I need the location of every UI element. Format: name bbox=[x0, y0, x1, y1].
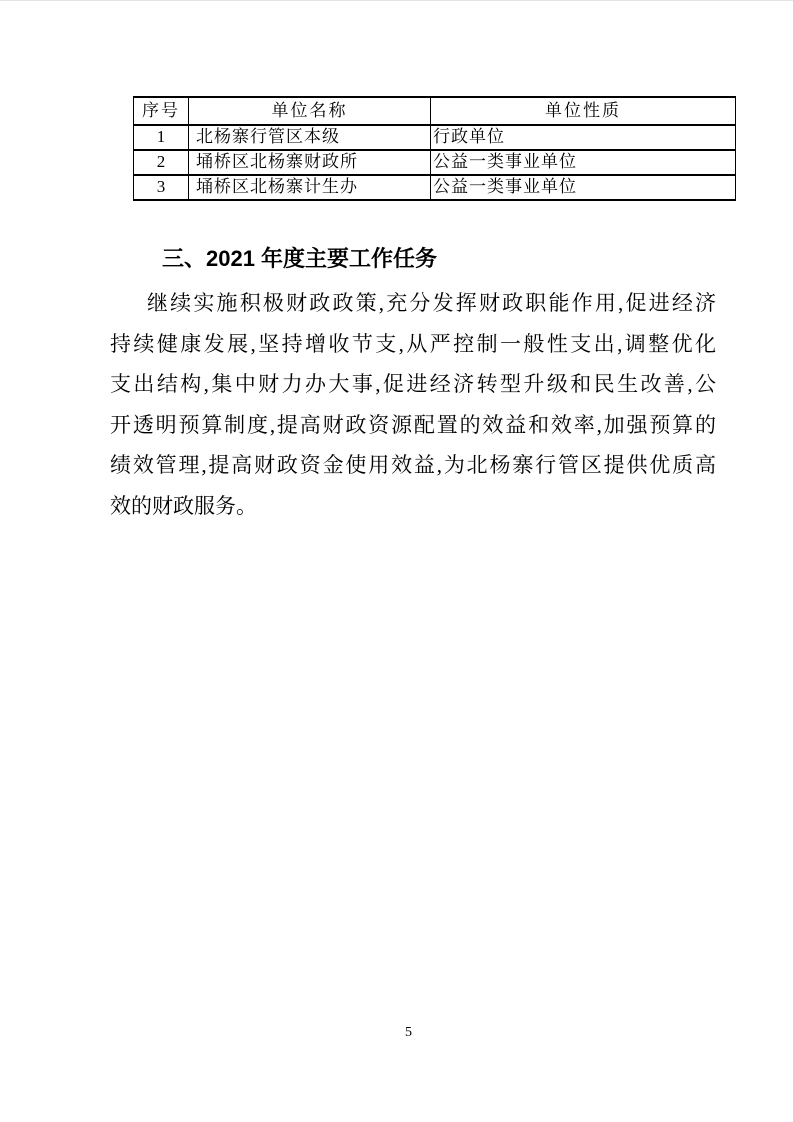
cell-row1-name: 北杨寨行管区本级 bbox=[189, 125, 431, 150]
cell-row2-name: 埇桥区北杨寨财政所 bbox=[189, 150, 431, 175]
table-row: 2 埇桥区北杨寨财政所 公益一类事业单位 bbox=[134, 150, 736, 175]
cell-row3-name: 埇桥区北杨寨计生办 bbox=[189, 175, 431, 200]
paragraph-line: 支出结构,集中财力办大事,促进经济转型升级和民生改善,公 bbox=[110, 364, 716, 405]
cell-row2-no: 2 bbox=[134, 150, 189, 175]
units-table-header: 序号 单位名称 单位性质 bbox=[134, 97, 736, 125]
paragraph-line: 效的财政服务。 bbox=[110, 486, 716, 527]
units-table: 序号 单位名称 单位性质 1 北杨寨行管区本级 行政单位 2 埇桥区北杨寨财政所… bbox=[133, 96, 736, 201]
table-row: 1 北杨寨行管区本级 行政单位 bbox=[134, 125, 736, 150]
paragraph-line: 开透明预算制度,提高财政资源配置的效益和效率,加强预算的 bbox=[110, 405, 716, 446]
table-row: 3 埇桥区北杨寨计生办 公益一类事业单位 bbox=[134, 175, 736, 200]
paragraph-line: 继续实施积极财政政策,充分发挥财政职能作用,促进经济 bbox=[110, 283, 716, 324]
document-page: 序号 单位名称 单位性质 1 北杨寨行管区本级 行政单位 2 埇桥区北杨寨财政所… bbox=[0, 0, 793, 1122]
paragraph-line: 绩效管理,提高财政资金使用效益,为北杨寨行管区提供优质高 bbox=[110, 445, 716, 486]
header-cell-type: 单位性质 bbox=[431, 97, 736, 125]
header-cell-no: 序号 bbox=[134, 97, 189, 125]
table-header-row: 序号 单位名称 单位性质 bbox=[134, 97, 736, 125]
header-cell-name: 单位名称 bbox=[189, 97, 431, 125]
cell-row1-no: 1 bbox=[134, 125, 189, 150]
paragraph-line: 持续健康发展,坚持增收节支,从严控制一般性支出,调整优化 bbox=[110, 324, 716, 365]
body-paragraph: 继续实施积极财政政策,充分发挥财政职能作用,促进经济 持续健康发展,坚持增收节支… bbox=[110, 283, 716, 526]
cell-row3-type: 公益一类事业单位 bbox=[431, 175, 736, 200]
page-number: 5 bbox=[0, 1025, 793, 1041]
cell-row2-type: 公益一类事业单位 bbox=[431, 150, 736, 175]
units-table-body: 1 北杨寨行管区本级 行政单位 2 埇桥区北杨寨财政所 公益一类事业单位 3 埇… bbox=[134, 125, 736, 200]
cell-row1-type: 行政单位 bbox=[431, 125, 736, 150]
cell-row3-no: 3 bbox=[134, 175, 189, 200]
section-heading: 三、2021 年度主要工作任务 bbox=[110, 245, 720, 273]
